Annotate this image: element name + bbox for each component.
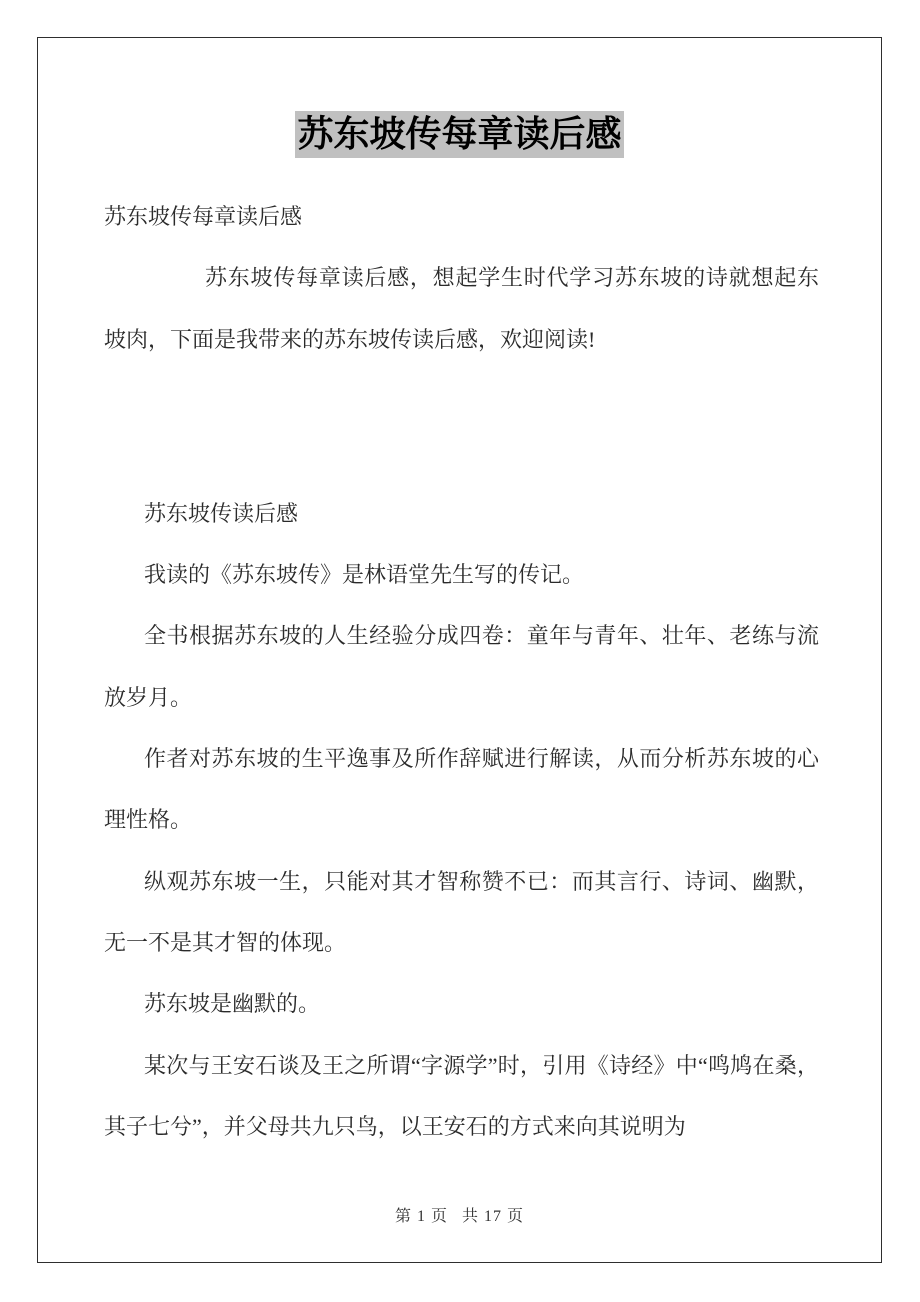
blank-lines-gap [104,370,819,483]
paragraph-heading-repeat: 苏东坡传每章读后感 [104,186,819,247]
paragraph-body: 我读的《苏东坡传》是林语堂先生写的传记。 [104,544,819,605]
paragraph-body: 纵观苏东坡一生，只能对其才智称赞不已：而其言行、诗词、幽默，无一不是其才智的体现… [104,851,819,974]
document-body: 苏东坡传每章读后感 苏东坡传每章读后感，想起学生时代学习苏东坡的诗就想起东坡肉，… [104,186,819,1157]
document-page: 苏东坡传每章读后感 苏东坡传每章读后感 苏东坡传每章读后感，想起学生时代学习苏东… [37,37,882,1263]
footer-total-pages: 共 17 页 [462,1208,524,1225]
paragraph-body: 苏东坡是幽默的。 [104,973,819,1034]
paragraph-body: 作者对苏东坡的生平逸事及所作辞赋进行解读，从而分析苏东坡的心理性格。 [104,728,819,851]
title-row: 苏东坡传每章读后感 [38,111,881,158]
paragraph-section-heading: 苏东坡传读后感 [104,483,819,544]
paragraph-body: 全书根据苏东坡的人生经验分成四卷：童年与青年、壮年、老练与流放岁月。 [104,605,819,728]
paragraph-body: 某次与王安石谈及王之所谓“字源学”时，引用《诗经》中“鸣鸠在桑，其子七兮”，并父… [104,1035,819,1158]
document-title: 苏东坡传每章读后感 [295,111,623,158]
footer-current-page: 第 1 页 [395,1208,448,1225]
page-footer: 第 1 页共 17 页 [38,1203,881,1226]
paragraph-intro: 苏东坡传每章读后感，想起学生时代学习苏东坡的诗就想起东坡肉，下面是我带来的苏东坡… [104,247,819,370]
